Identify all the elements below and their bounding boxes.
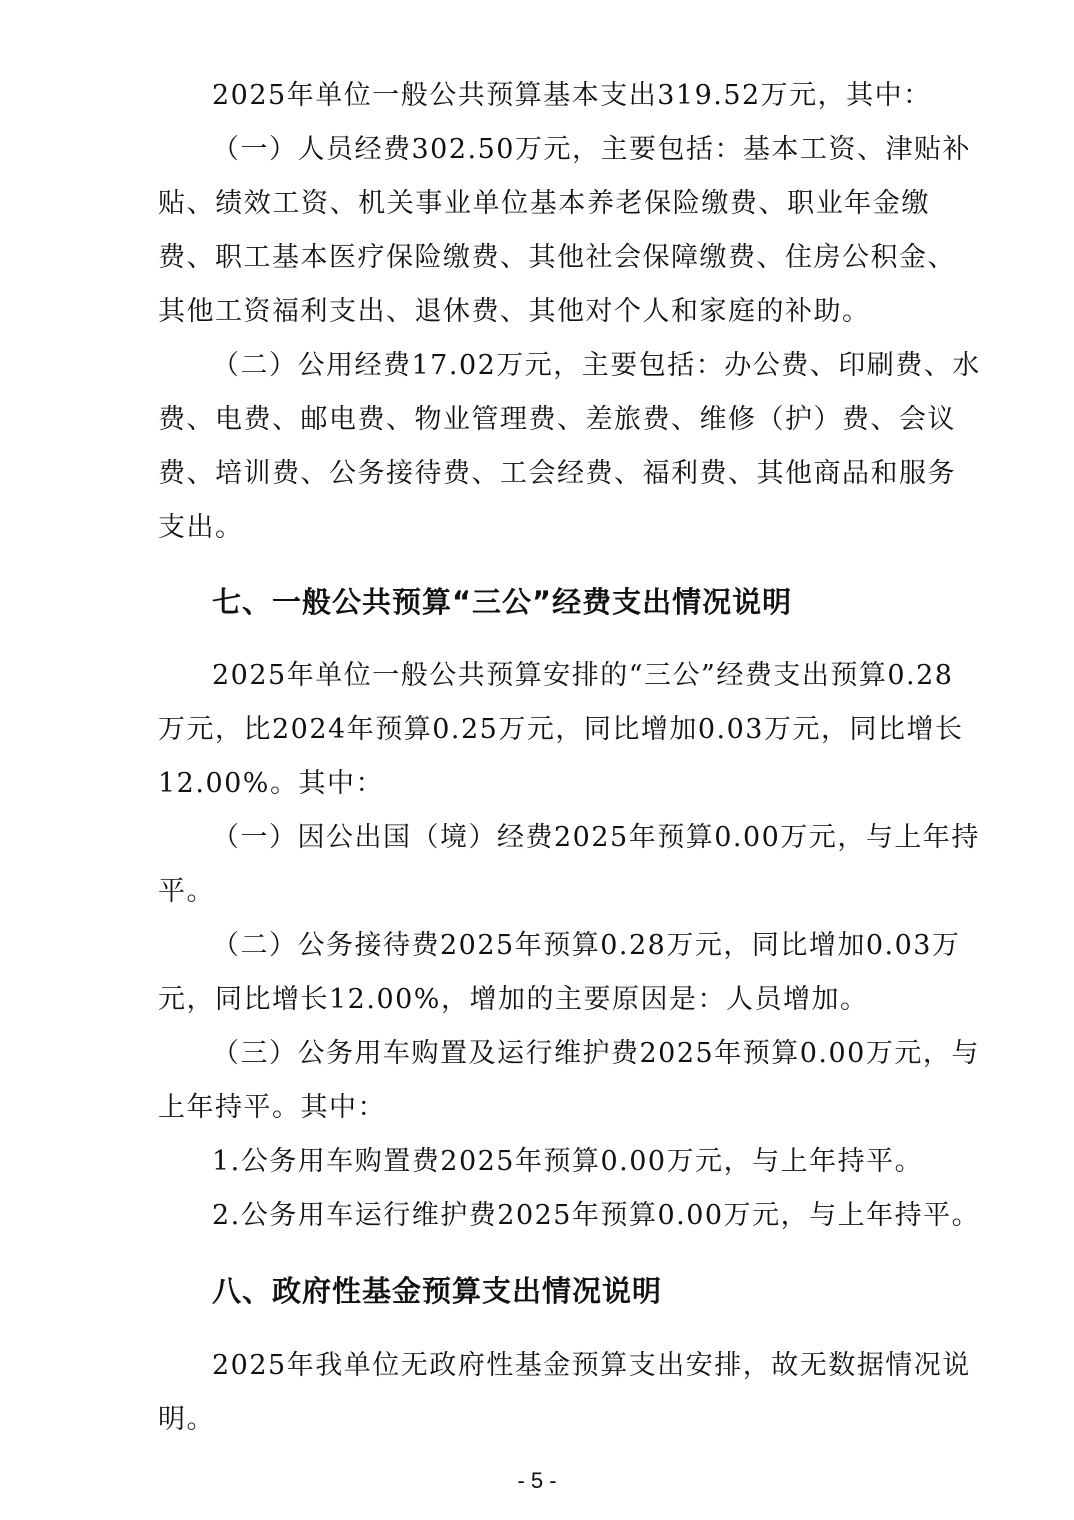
paragraph-line: 平。 (158, 872, 930, 912)
paragraph-line: 费、职工基本医疗保险缴费、其他社会保障缴费、住房公积金、 (158, 238, 930, 278)
paragraph-line: 明。 (158, 1400, 930, 1440)
paragraph-line: （二）公用经费17.02万元，主要包括：办公费、印刷费、水 (212, 346, 930, 386)
paragraph-line: 12.00%。其中： (158, 764, 930, 804)
paragraph-line: 支出。 (158, 508, 930, 548)
paragraph-line: 元，同比增长12.00%，增加的主要原因是：人员增加。 (158, 980, 930, 1020)
paragraph-line: 费、培训费、公务接待费、工会经费、福利费、其他商品和服务 (158, 454, 930, 494)
paragraph-line: 1.公务用车购置费2025年预算0.00万元，与上年持平。 (212, 1142, 930, 1182)
section-heading: 八、政府性基金预算支出情况说明 (212, 1270, 662, 1312)
paragraph-line: 其他工资福利支出、退休费、其他对个人和家庭的补助。 (158, 292, 930, 332)
paragraph-line: （一）因公出国（境）经费2025年预算0.00万元，与上年持 (212, 818, 930, 858)
paragraph-line: （二）公务接待费2025年预算0.28万元，同比增加0.03万 (212, 926, 930, 966)
paragraph-line: 2.公务用车运行维护费2025年预算0.00万元，与上年持平。 (212, 1196, 930, 1236)
paragraph-line: 2025年单位一般公共预算基本支出319.52万元，其中： (212, 76, 930, 116)
paragraph-line: 万元，比2024年预算0.25万元，同比增加0.03万元，同比增长 (158, 710, 930, 750)
page-number: - 5 - (0, 1468, 1074, 1494)
paragraph-line: （一）人员经费302.50万元，主要包括：基本工资、津贴补 (212, 130, 930, 170)
paragraph-line: （三）公务用车购置及运行维护费2025年预算0.00万元，与 (212, 1034, 930, 1074)
paragraph-line: 上年持平。其中： (158, 1088, 930, 1128)
paragraph-line: 2025年我单位无政府性基金预算支出安排，故无数据情况说 (212, 1346, 930, 1386)
paragraph-line: 贴、绩效工资、机关事业单位基本养老保险缴费、职业年金缴 (158, 184, 930, 224)
section-heading: 七、一般公共预算“三公”经费支出情况说明 (212, 581, 792, 623)
paragraph-line: 2025年单位一般公共预算安排的“三公”经费支出预算0.28 (212, 656, 930, 696)
document-page: 2025年单位一般公共预算基本支出319.52万元，其中： （一）人员经费302… (0, 0, 1074, 1520)
paragraph-line: 费、电费、邮电费、物业管理费、差旅费、维修（护）费、会议 (158, 400, 930, 440)
